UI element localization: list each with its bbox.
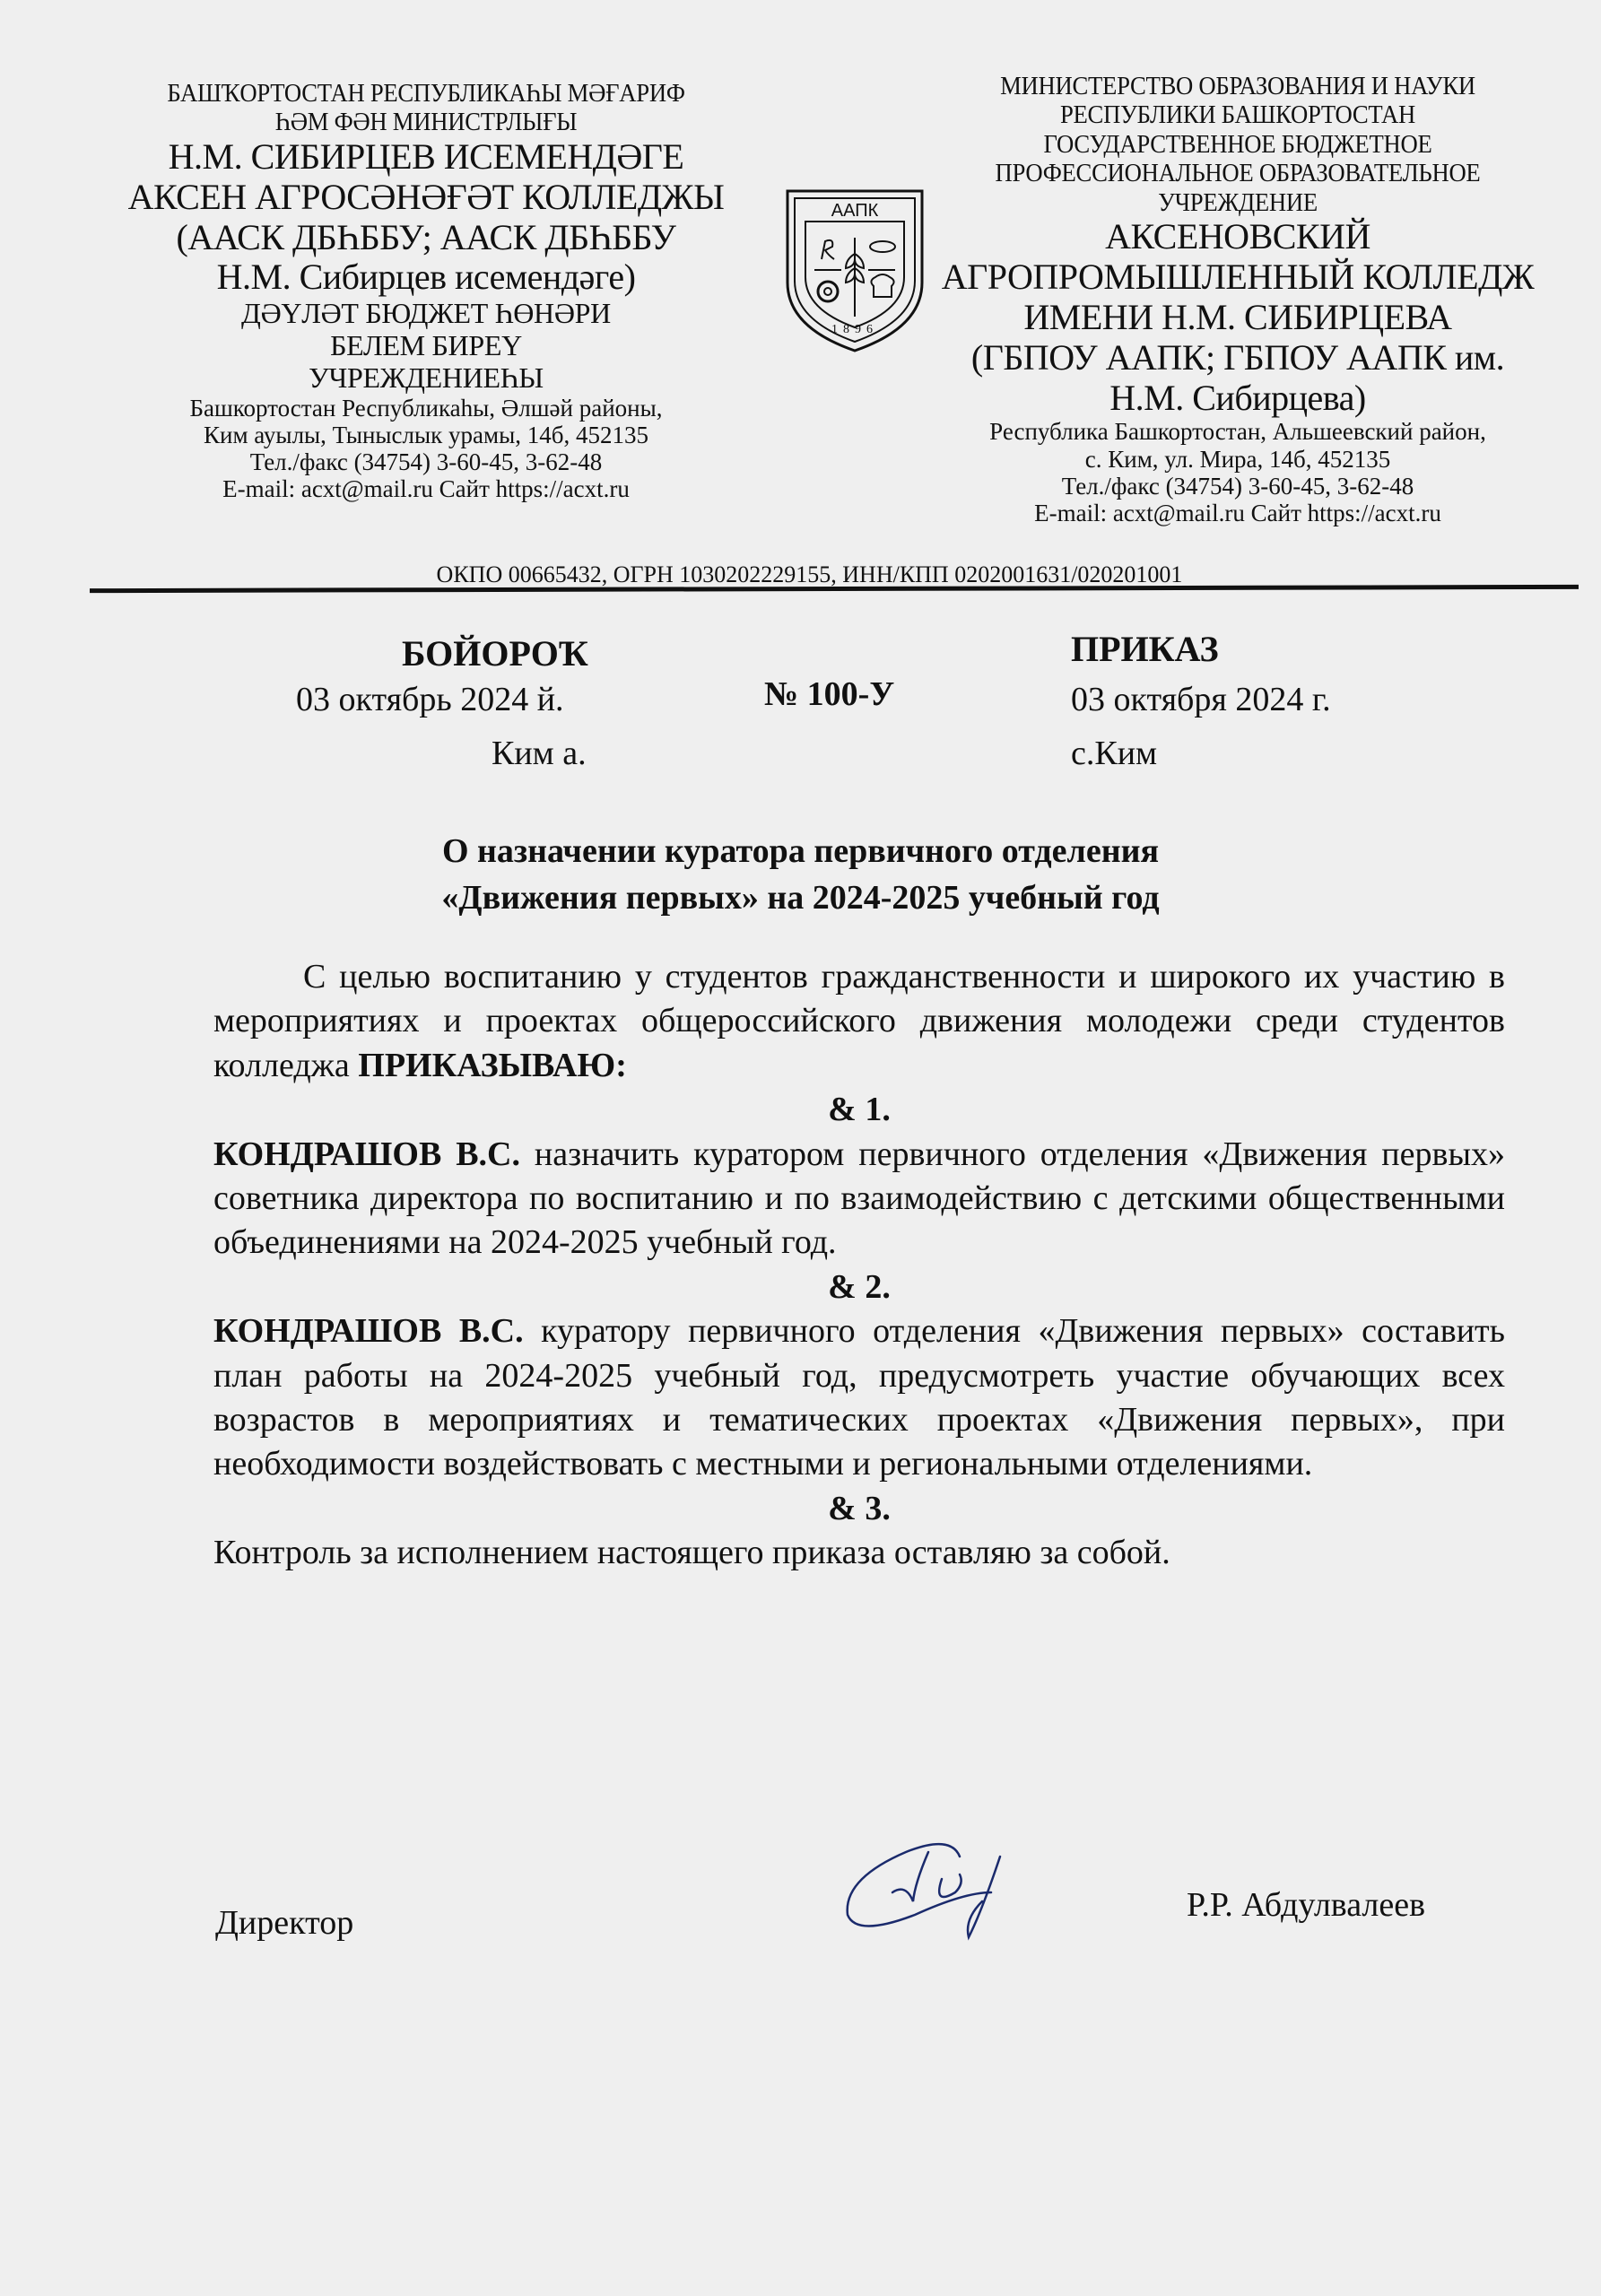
header-right-ministry-1: МИНИСТЕРСТВО ОБРАЗОВАНИЯ И НАУКИ — [941, 72, 1535, 100]
handwritten-signature — [807, 1830, 1022, 1946]
section-1-person: КОНДРАШОВ В.С. — [213, 1135, 520, 1173]
header-left: БАШҠОРТОСТАН РЕСПУБЛИКАҺЫ МӘҒАРИФ ҺӘМ ФӘ… — [85, 79, 767, 503]
section-2: КОНДРАШОВ В.С. куратору первичного отдел… — [213, 1309, 1505, 1487]
section-3: Контроль за исполнением настоящего прика… — [213, 1531, 1505, 1575]
header-right-name-4: (ГБПОУ ААПК; ГБПОУ ААПК им. — [915, 338, 1561, 378]
svg-text:1896: 1896 — [831, 323, 878, 336]
header-right-name-5: Н.М. Сибирцева) — [915, 378, 1561, 419]
section-3-text: Контроль за исполнением настоящего прика… — [213, 1534, 1170, 1571]
header-left-address-2: Ким ауылы, Тыныслык урамы, 14б, 452135 — [85, 422, 767, 448]
header-right-address-1: Республика Башкортостан, Альшеевский рай… — [915, 418, 1561, 445]
header-right-name-1: АКСЕНОВСКИЙ — [915, 217, 1561, 257]
section-mark-3: & 3. — [213, 1487, 1505, 1531]
intro-paragraph: С целью воспитанию у студентов гражданст… — [213, 955, 1505, 1088]
header-right-type-1: ГОСУДАРСТВЕННОЕ БЮДЖЕТНОЕ — [941, 130, 1535, 159]
order-place-bashkir: Ким а. — [492, 734, 587, 773]
subject-line-1: О назначении куратора первичного отделен… — [0, 829, 1601, 875]
shield-emblem-icon: ААПК 1896 — [779, 184, 931, 354]
signatory-name: Р.Р. Абдулвалеев — [1187, 1885, 1425, 1925]
header-left-name-4: Н.М. Сибирцев исемендәге) — [85, 257, 767, 298]
svg-text:ААПК: ААПК — [831, 201, 879, 221]
signatory-role: Директор — [215, 1903, 353, 1943]
header-left-phone: Тел./факс (34754) 3-60-45, 3-62-48 — [85, 448, 767, 475]
section-1: КОНДРАШОВ В.С. назначить куратором перви… — [213, 1133, 1505, 1265]
section-2-person: КОНДРАШОВ В.С. — [213, 1312, 524, 1350]
header-right-phone: Тел./факс (34754) 3-60-45, 3-62-48 — [915, 473, 1561, 500]
header-left-type-2: БЕЛЕМ БИРЕҮ — [85, 330, 767, 362]
order-body: С целью воспитанию у студентов гражданст… — [213, 955, 1505, 1575]
header-right-type-3: УЧРЕЖДЕНИЕ — [941, 188, 1535, 217]
section-mark-2: & 2. — [213, 1265, 1505, 1309]
order-date-russian: 03 октября 2024 г. — [1071, 680, 1331, 719]
order-number: № 100-У — [764, 674, 894, 714]
order-title-bashkir: БОЙОРОҠ — [402, 632, 588, 674]
order-date-bashkir: 03 октябрь 2024 й. — [296, 680, 564, 719]
header-left-name-3: (ААСК ДБҺББУ; ААСК ДБҺББУ — [85, 218, 767, 258]
header-left-address-1: Башкортостан Республикаһы, Әлшәй районы, — [85, 395, 767, 422]
header-right-type-2: ПРОФЕССИОНАЛЬНОЕ ОБРАЗОВАТЕЛЬНОЕ — [941, 159, 1535, 187]
order-subject: О назначении куратора первичного отделен… — [0, 829, 1601, 921]
header-right-contacts: E-mail: acxt@mail.ru Сайт https://acxt.r… — [915, 500, 1561, 526]
header-right-name-2: АГРОПРОМЫШЛЕННЫЙ КОЛЛЕДЖ — [915, 257, 1561, 298]
section-mark-1: & 1. — [213, 1088, 1505, 1132]
header-left-ministry-1: БАШҠОРТОСТАН РЕСПУБЛИКАҺЫ МӘҒАРИФ — [112, 79, 739, 108]
header-right-ministry-2: РЕСПУБЛИКИ БАШКОРТОСТАН — [941, 100, 1535, 129]
header-left-name-2: АКСЕН АГРОСӘНӘҒӘТ КОЛЛЕДЖЫ — [85, 178, 767, 218]
header-right: МИНИСТЕРСТВО ОБРАЗОВАНИЯ И НАУКИ РЕСПУБЛ… — [915, 72, 1561, 526]
header-left-contacts: E-mail: acxt@mail.ru Сайт https://acxt.r… — [85, 475, 767, 502]
header-left-name-1: Н.М. СИБИРЦЕВ ИСЕМЕНДӘГЕ — [85, 137, 767, 178]
header-right-name-3: ИМЕНИ Н.М. СИБИРЦЕВА — [915, 298, 1561, 338]
intro-directive: ПРИКАЗЫВАЮ: — [358, 1047, 627, 1084]
order-place-russian: с.Ким — [1071, 734, 1157, 773]
header-left-type-1: ДӘҮЛӘТ БЮДЖЕТ ҺӨНӘРИ — [85, 298, 767, 330]
signature-icon — [807, 1830, 1022, 1946]
order-title-russian: ПРИКАЗ — [1071, 628, 1219, 670]
header-right-address-2: с. Ким, ул. Мира, 14б, 452135 — [915, 446, 1561, 473]
header-left-type-3: УЧРЕЖДЕНИЕҺЫ — [85, 362, 767, 395]
subject-line-2: «Движения первых» на 2024-2025 учебный г… — [0, 875, 1601, 922]
college-logo: ААПК 1896 — [779, 184, 931, 354]
header-left-ministry-2: ҺӘМ ФӘН МИНИСТРЛЫҒЫ — [112, 108, 739, 136]
